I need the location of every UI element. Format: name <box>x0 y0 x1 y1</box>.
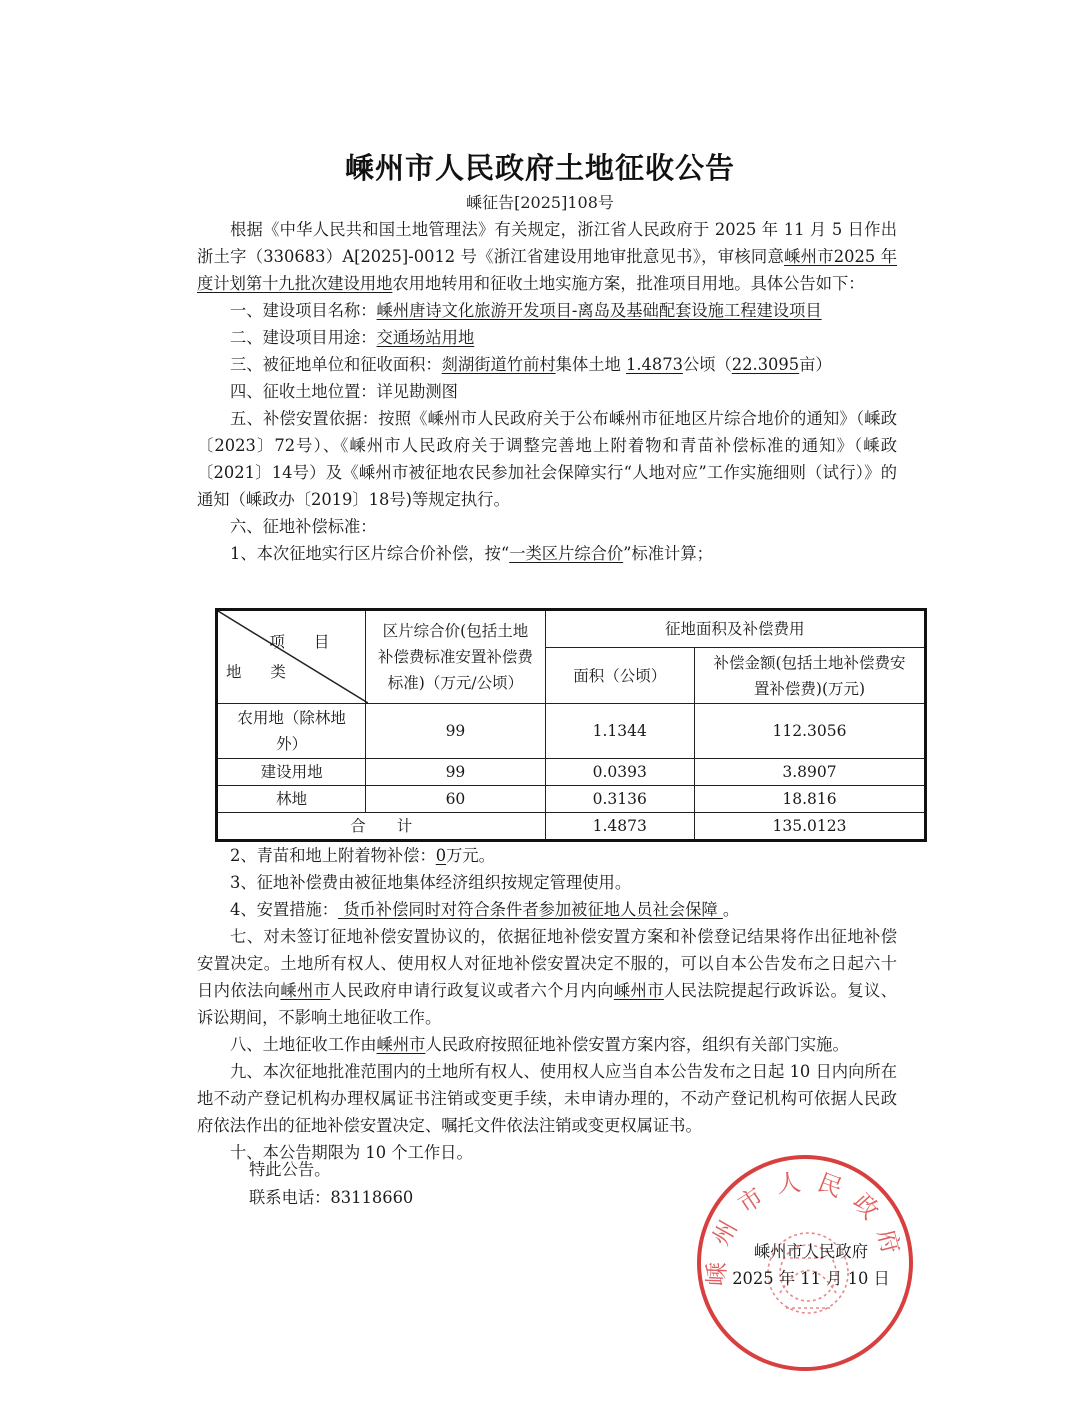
issuer-name: 嵊州市人民政府 <box>716 1238 906 1265</box>
compensation-table: 项 目 地 类 区片综合价(包括土地补偿费标准安置补偿费标准)（万元/公顷） 征… <box>215 608 927 842</box>
item-compensation-basis: 五、补偿安置依据：按照《嵊州市人民政府关于公布嵊州市征地区片综合地价的通知》（嵊… <box>197 405 897 513</box>
standard-4-label: 4、安置措施： <box>230 900 338 919</box>
header-amount: 补偿金额(包括土地补偿费安置补偿费)(万元) <box>694 648 925 704</box>
phone-label: 联系电话： <box>249 1188 330 1207</box>
item-standard-2: 2、青苗和地上附着物补偿：0万元。 <box>197 842 897 869</box>
row-category: 建设用地 <box>217 759 366 786</box>
row-area: 1.1344 <box>545 704 694 759</box>
item-eight-text-b: 人民政府按照征地补偿安置方案内容，组织有关部门实施。 <box>425 1035 848 1054</box>
row-category: 林地 <box>217 786 366 813</box>
item-standard-heading: 六、征地补偿标准： <box>197 513 897 540</box>
table-row: 农用地（除林地外） 99 1.1344 112.3056 <box>217 704 926 759</box>
standard-2-value: 0 <box>436 846 446 865</box>
document-body-continued: 2、青苗和地上附着物补偿：0万元。 3、征地补偿费由被征地集体经济组织按规定管理… <box>197 842 897 1166</box>
item-seven: 七、对未签订征地补偿安置协议的，依据征地补偿安置方案和补偿登记结果将作出征地补偿… <box>197 923 897 1031</box>
table-row: 建设用地 99 0.0393 3.8907 <box>217 759 926 786</box>
item-eight: 八、土地征收工作由嵊州市人民政府按照征地补偿安置方案内容，组织有关部门实施。 <box>197 1031 897 1058</box>
item-seven-city-1: 嵊州市 <box>280 981 330 1000</box>
project-name-label: 一、建设项目名称： <box>230 301 377 320</box>
area-hectares-unit: 公顷（ <box>683 355 732 374</box>
header-diagonal-cell: 项 目 地 类 <box>217 610 366 704</box>
header-item-label: 项 目 <box>269 629 341 655</box>
table-header-row-1: 项 目 地 类 区片综合价(包括土地补偿费标准安置补偿费标准)（万元/公顷） 征… <box>217 610 926 648</box>
row-area: 0.0393 <box>545 759 694 786</box>
document-number: 嵊征告[2025]108号 <box>0 190 1080 213</box>
contact-phone: 联系电话：83118660 <box>249 1184 413 1212</box>
total-label: 合 计 <box>217 813 546 841</box>
item-project-name: 一、建设项目名称：嵊州唐诗文化旅游开发项目-离岛及基础配套设施工程建设项目 <box>197 297 897 324</box>
document-body: 根据《中华人民共和国土地管理法》有关规定，浙江省人民政府于 2025 年 11 … <box>197 216 897 567</box>
project-name-value: 嵊州唐诗文化旅游开发项目-离岛及基础配套设施工程建设项目 <box>377 301 822 320</box>
row-price: 60 <box>366 786 545 813</box>
area-mu: 22.3095 <box>732 355 799 374</box>
row-price: 99 <box>366 704 545 759</box>
row-price: 99 <box>366 759 545 786</box>
area-mu-unit: 亩） <box>799 355 832 374</box>
area-hectares: 1.4873 <box>626 355 683 374</box>
standard-1-text-b: ”标准计算； <box>623 544 713 563</box>
item-seven-city-2: 嵊州市 <box>614 981 664 1000</box>
row-category: 农用地（除林地外） <box>217 704 366 759</box>
project-use-label: 二、建设项目用途： <box>230 328 377 347</box>
closing-block: 特此公告。 联系电话：83118660 <box>249 1156 413 1212</box>
intro-paragraph: 根据《中华人民共和国土地管理法》有关规定，浙江省人民政府于 2025 年 11 … <box>197 216 897 297</box>
item-standard-1: 1、本次征地实行区片综合价补偿，按“一类区片综合价”标准计算； <box>197 540 897 567</box>
standard-4-end: 。 <box>723 900 739 919</box>
standard-1-text-a: 1、本次征地实行区片综合价补偿，按“ <box>230 544 509 563</box>
row-amount: 3.8907 <box>694 759 925 786</box>
phone-number: 83118660 <box>330 1188 413 1207</box>
diagonal-line-icon <box>218 611 368 703</box>
total-area: 1.4873 <box>545 813 694 841</box>
item-standard-4: 4、安置措施： 货币补偿同时对符合条件者参加被征地人员社会保障 。 <box>197 896 897 923</box>
document-title: 嵊州市人民政府土地征收公告 <box>0 146 1080 187</box>
closing-notice: 特此公告。 <box>249 1156 413 1184</box>
item-eight-text-a: 八、土地征收工作由 <box>230 1035 377 1054</box>
item-project-use: 二、建设项目用途：交通场站用地 <box>197 324 897 351</box>
document-page: 嵊州市人民政府土地征收公告 嵊征告[2025]108号 根据《中华人民共和国土地… <box>0 0 1080 1423</box>
table-total-row: 合 计 1.4873 135.0123 <box>217 813 926 841</box>
item-location: 四、征收土地位置：详见勘测图 <box>197 378 897 405</box>
project-use-value: 交通场站用地 <box>377 328 475 347</box>
land-unit-label: 三、被征地单位和征收面积： <box>230 355 442 374</box>
standard-4-value: 货币补偿同时对符合条件者参加被征地人员社会保障 <box>338 900 723 919</box>
compensation-table-wrapper: 项 目 地 类 区片综合价(包括土地补偿费标准安置补偿费标准)（万元/公顷） 征… <box>215 608 927 842</box>
row-amount: 112.3056 <box>694 704 925 759</box>
item-seven-text-b: 人民政府申请行政复议或者六个月内向 <box>330 981 613 1000</box>
header-area: 面积（公顷） <box>545 648 694 704</box>
item-standard-3: 3、征地补偿费由被征地集体经济组织按规定管理使用。 <box>197 869 897 896</box>
standard-1-underlined: 一类区片综合价 <box>509 544 623 563</box>
row-amount: 18.816 <box>694 786 925 813</box>
intro-text-2: 农用地转用和征收土地实施方案，批准项目用地。具体公告如下： <box>392 274 864 293</box>
total-amount: 135.0123 <box>694 813 925 841</box>
issue-date: 2025 年 11 月 10 日 <box>716 1265 906 1292</box>
header-group: 征地面积及补偿费用 <box>545 610 925 648</box>
item-eight-city: 嵊州市 <box>377 1035 426 1054</box>
standard-2-text-b: 万元。 <box>446 846 495 865</box>
standard-2-text-a: 2、青苗和地上附着物补偿： <box>230 846 436 865</box>
item-nine: 九、本次征地批准范围内的土地所有权人、使用权人应当自本公告发布之日起 10 日内… <box>197 1058 897 1139</box>
land-unit-value: 剡湖街道竹前村 <box>442 355 556 374</box>
header-category-label: 地 类 <box>226 659 298 685</box>
header-price: 区片综合价(包括土地补偿费标准安置补偿费标准)（万元/公顷） <box>366 610 545 704</box>
row-area: 0.3136 <box>545 786 694 813</box>
land-unit-mid: 集体土地 <box>556 355 626 374</box>
item-land-unit: 三、被征地单位和征收面积：剡湖街道竹前村集体土地 1.4873公顷（22.309… <box>197 351 897 378</box>
table-row: 林地 60 0.3136 18.816 <box>217 786 926 813</box>
signature-block: 嵊州市人民政府 2025 年 11 月 10 日 <box>716 1238 906 1292</box>
